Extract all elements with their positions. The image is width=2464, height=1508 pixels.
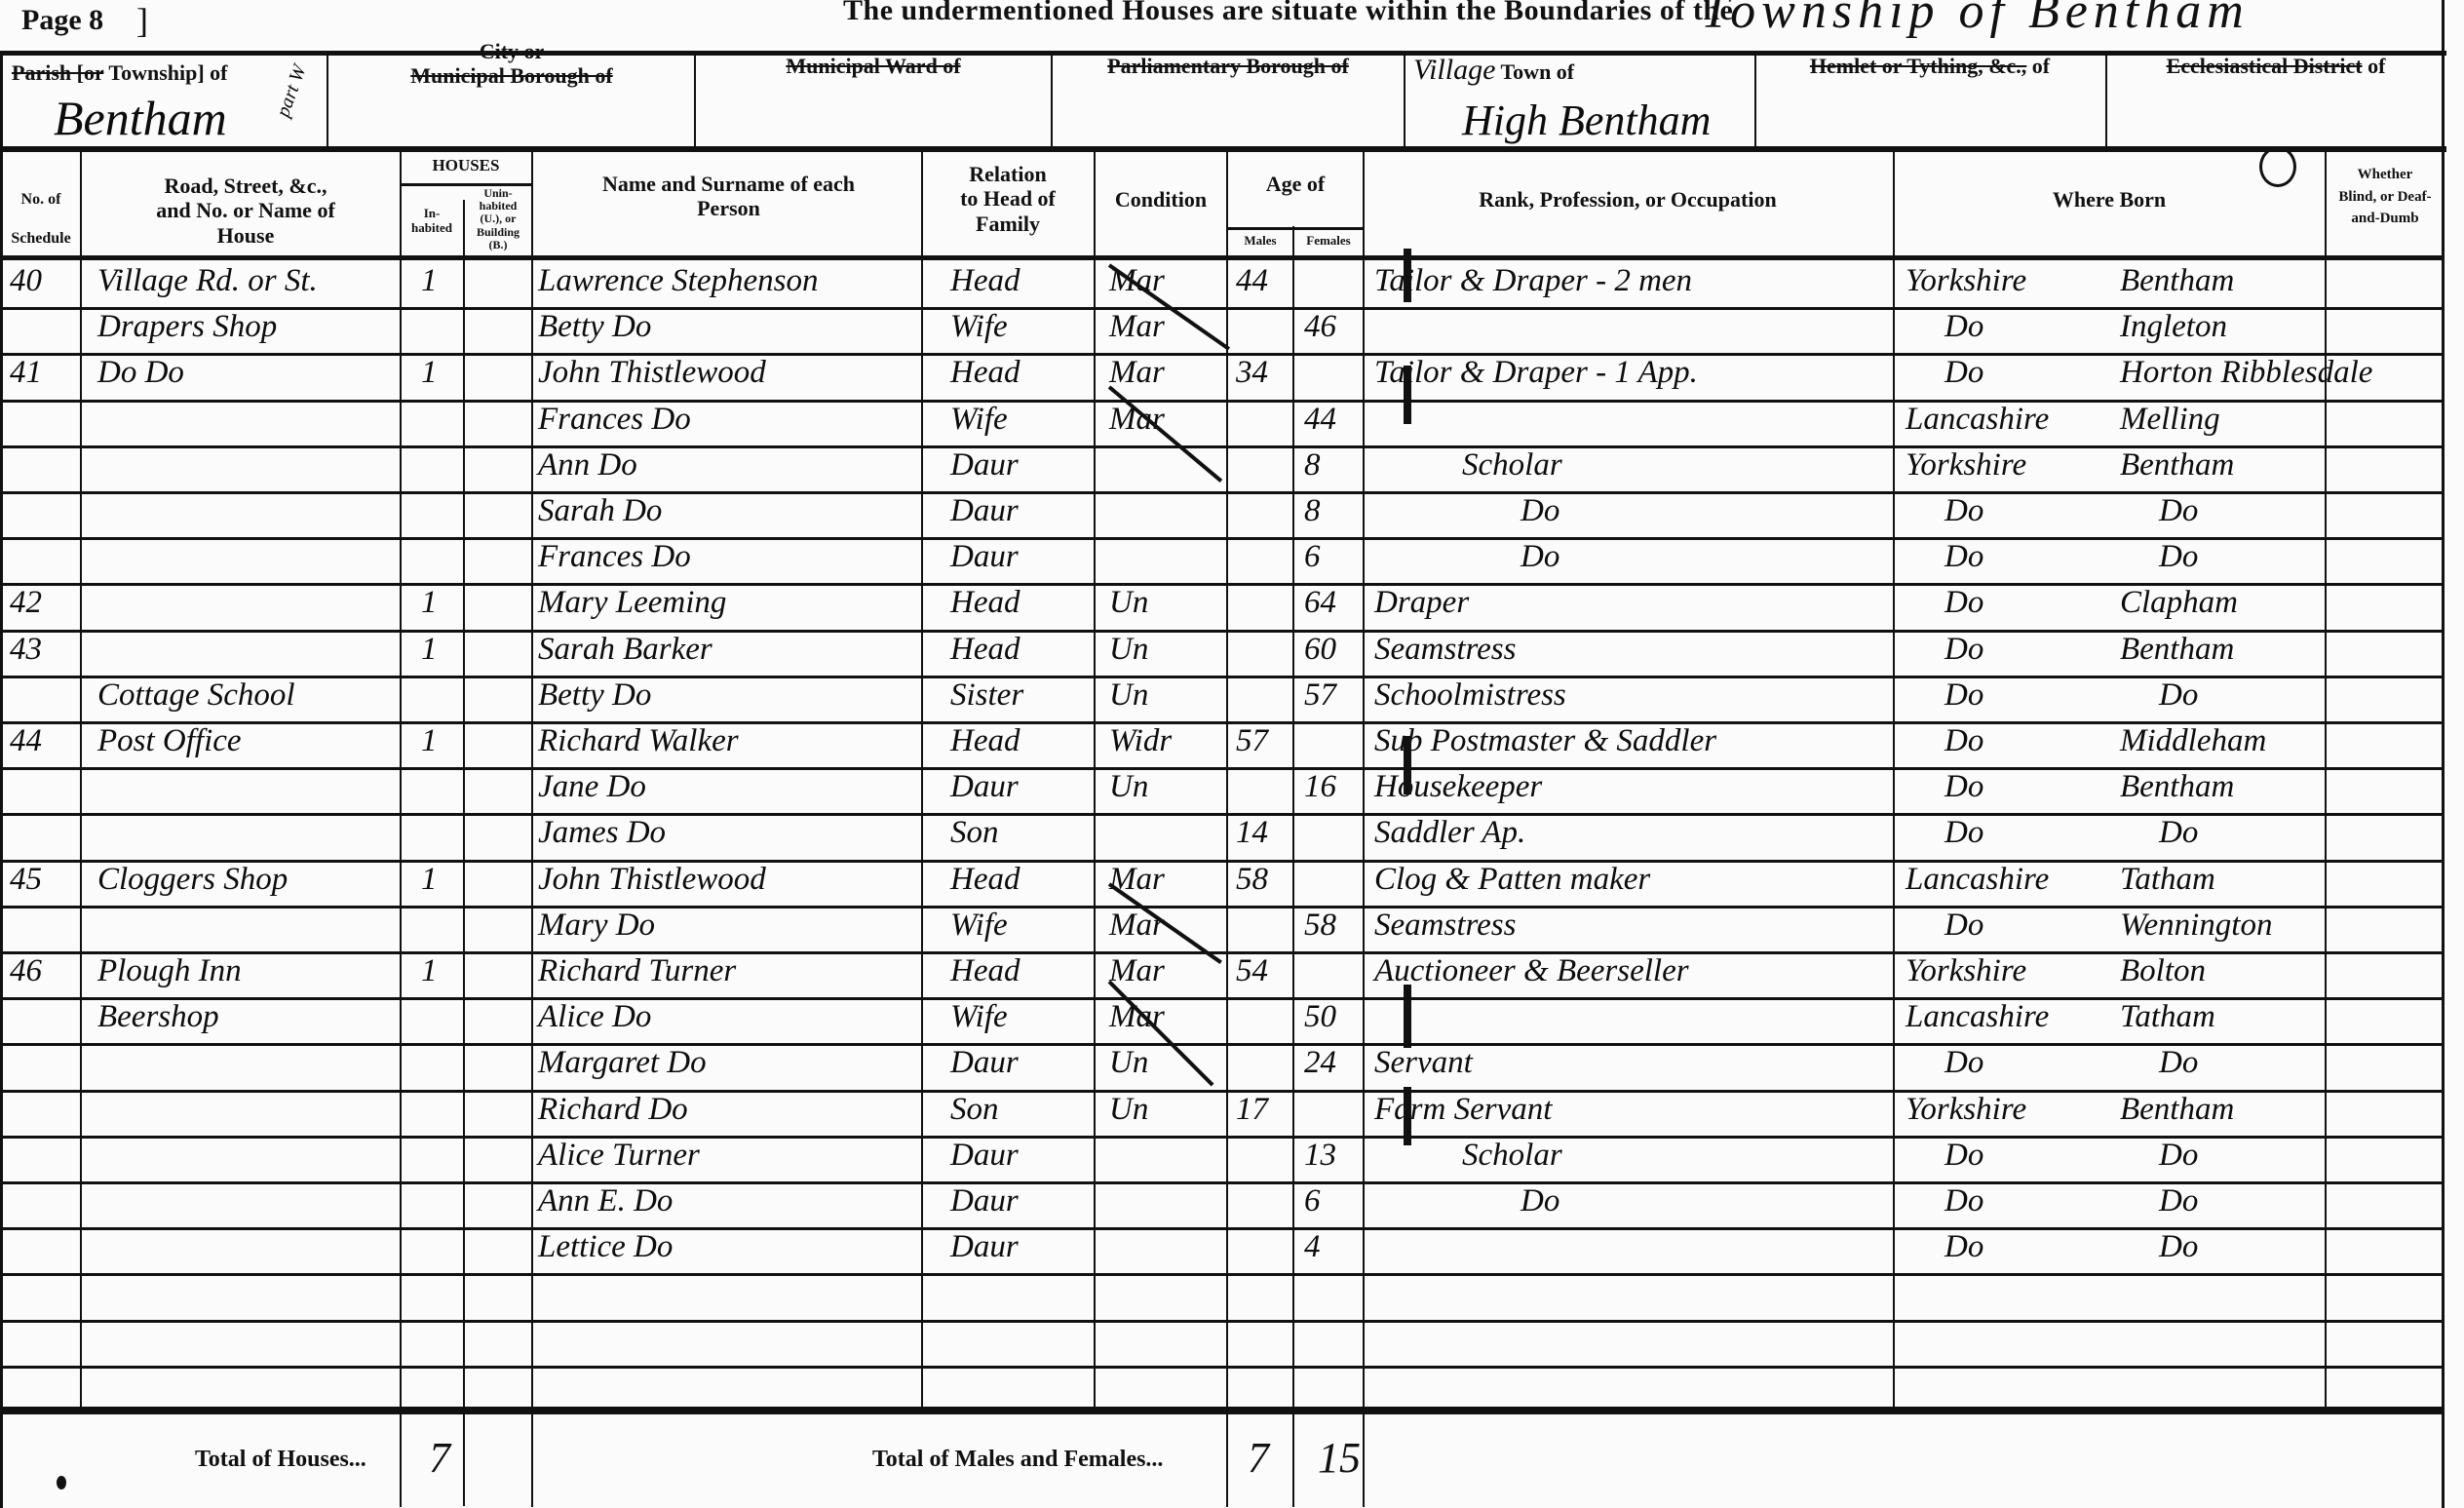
born-county-cell: Do xyxy=(1944,1138,1983,1174)
born-place-cell: Do xyxy=(2159,815,2198,851)
born-place-cell: Tatham xyxy=(2120,999,2215,1035)
schedule-cell: 41 xyxy=(10,355,42,391)
inhabited-cell: 1 xyxy=(421,632,438,668)
col-uninhabited: Unin-habited(U.), orBuilding(B.) xyxy=(465,187,531,251)
row-rule xyxy=(2,813,2442,816)
col-line xyxy=(1893,152,1895,1410)
row-rule xyxy=(2,583,2442,586)
divider xyxy=(1404,54,1405,151)
col-line xyxy=(463,200,465,1506)
occupation-cell: Schoolmistress xyxy=(1374,677,1566,714)
row-rule xyxy=(2,353,2442,356)
col-males: Males xyxy=(1228,234,1292,249)
margin-mark xyxy=(2259,146,2296,187)
divider xyxy=(327,54,328,151)
name-cell: Betty Do xyxy=(538,309,651,345)
condition-cell: Un xyxy=(1109,585,1148,621)
rule xyxy=(1226,227,1365,230)
males-age-cell: 34 xyxy=(1236,355,1268,391)
born-county-cell: Yorkshire xyxy=(1906,263,2026,299)
occupation-cell: Draper xyxy=(1374,585,1469,621)
tally-mark xyxy=(1404,985,1411,1048)
name-cell: Mary Leeming xyxy=(538,585,726,621)
born-place-cell: Bentham xyxy=(2120,1092,2234,1128)
road-cell: Drapers Shop xyxy=(97,309,277,345)
hamlet-label: Hemlet or Tything, &c., of xyxy=(1759,54,2100,78)
occupation-cell: Seamstress xyxy=(1374,632,1516,668)
col-age: Age of xyxy=(1228,172,1363,196)
road-cell: Cloggers Shop xyxy=(97,862,288,898)
row-rule xyxy=(2,860,2442,863)
inhabited-cell: 1 xyxy=(421,723,438,759)
divider xyxy=(694,54,696,151)
col-line xyxy=(921,152,923,1410)
road-cell: Post Office xyxy=(97,723,242,759)
township-handwritten: Township of Bentham xyxy=(1701,0,2250,40)
born-place-cell: Bolton xyxy=(2120,953,2206,989)
born-county-cell: Do xyxy=(1944,908,1983,944)
born-place-cell: Tatham xyxy=(2120,862,2215,898)
col-occupation: Rank, Profession, or Occupation xyxy=(1365,187,1891,212)
relation-cell: Son xyxy=(950,815,999,851)
relation-cell: Daur xyxy=(950,1138,1019,1174)
rule xyxy=(0,146,2446,152)
tally-mark xyxy=(1404,736,1411,794)
inhabited-cell: 1 xyxy=(421,862,438,898)
parish-value: Bentham xyxy=(54,90,227,146)
born-place-cell: Do xyxy=(2159,1229,2198,1265)
occupation-cell: Sub Postmaster & Saddler xyxy=(1374,723,1716,759)
born-place-cell: Do xyxy=(2159,493,2198,529)
relation-cell: Head xyxy=(950,862,1020,898)
row-rule xyxy=(2,537,2442,540)
row-rule xyxy=(2,676,2442,678)
total-males-value: 7 xyxy=(1248,1433,1269,1483)
relation-cell: Head xyxy=(950,585,1020,621)
parish-label: Parish [or Township] of xyxy=(12,60,324,85)
condition-cell: Mar xyxy=(1109,908,1165,944)
relation-cell: Head xyxy=(950,723,1020,759)
row-rule xyxy=(2,1043,2442,1046)
born-place-cell: Do xyxy=(2159,1045,2198,1081)
males-age-cell: 57 xyxy=(1236,723,1268,759)
total-houses-label: Total of Houses... xyxy=(195,1447,366,1473)
occupation-cell: Seamstress xyxy=(1374,908,1516,944)
born-place-cell: Clapham xyxy=(2120,585,2238,621)
road-cell: Plough Inn xyxy=(97,953,242,989)
occupation-cell: Scholar xyxy=(1462,447,1562,483)
divider xyxy=(2105,54,2107,151)
born-place-cell: Wennington xyxy=(2120,908,2272,944)
females-age-cell: 8 xyxy=(1304,493,1321,529)
occupation-cell: Auctioneer & Beerseller xyxy=(1374,953,1689,989)
town-label: Village Town of xyxy=(1413,54,1750,87)
born-county-cell: Do xyxy=(1944,632,1983,668)
males-age-cell: 54 xyxy=(1236,953,1268,989)
born-place-cell: Bentham xyxy=(2120,447,2234,483)
born-place-cell: Bentham xyxy=(2120,632,2234,668)
occupation-cell: Servant xyxy=(1374,1045,1473,1081)
col-blind: WhetherBlind, or Deaf-and-Dumb xyxy=(2328,164,2443,230)
occupation-cell: Clog & Patten maker xyxy=(1374,862,1650,898)
rule xyxy=(0,255,2442,260)
relation-cell: Daur xyxy=(950,539,1019,575)
occupation-cell: Housekeeper xyxy=(1374,769,1542,805)
col-line xyxy=(80,152,82,1410)
ward-label: Municipal Ward of xyxy=(698,54,1049,78)
inhabited-cell: 1 xyxy=(421,355,438,391)
census-page: Page 8 ] The undermentioned Houses are s… xyxy=(0,0,2464,1508)
name-cell: Richard Walker xyxy=(538,723,739,759)
name-cell: Lawrence Stephenson xyxy=(538,263,818,299)
page-bracket: ] xyxy=(136,0,148,41)
occupation-cell: Tailor & Draper - 1 App. xyxy=(1374,355,1698,391)
born-county-cell: Do xyxy=(1944,585,1983,621)
females-age-cell: 58 xyxy=(1304,908,1336,944)
relation-cell: Head xyxy=(950,953,1020,989)
name-cell: James Do xyxy=(538,815,666,851)
road-cell: Village Rd. or St. xyxy=(97,263,318,299)
ink-dot xyxy=(57,1476,66,1489)
total-houses-value: 7 xyxy=(429,1433,450,1483)
born-county-cell: Do xyxy=(1944,815,1983,851)
schedule-cell: 44 xyxy=(10,723,42,759)
page-number: Page 8 xyxy=(21,4,103,37)
name-cell: Betty Do xyxy=(538,677,651,714)
relation-cell: Daur xyxy=(950,769,1019,805)
name-cell: Ann Do xyxy=(538,447,637,483)
row-rule xyxy=(2,445,2442,448)
tally-mark xyxy=(1404,249,1411,302)
females-age-cell: 46 xyxy=(1304,309,1336,345)
condition-cell: Widr xyxy=(1109,723,1172,759)
inhabited-cell: 1 xyxy=(421,263,438,299)
relation-cell: Son xyxy=(950,1092,999,1128)
divider xyxy=(1051,54,1053,151)
born-county-cell: Do xyxy=(1944,723,1983,759)
row-rule xyxy=(2,1273,2442,1276)
row-rule xyxy=(2,1227,2442,1230)
born-county-cell: Do xyxy=(1944,769,1983,805)
schedule-cell: 40 xyxy=(10,263,42,299)
born-place-cell: Do xyxy=(2159,539,2198,575)
relation-cell: Daur xyxy=(950,1183,1019,1219)
row-rule xyxy=(2,1181,2442,1184)
condition-cell: Un xyxy=(1109,769,1148,805)
city-label: City or Municipal Borough of xyxy=(331,39,692,89)
born-place-cell: Do xyxy=(2159,677,2198,714)
condition-cell: Mar xyxy=(1109,309,1165,345)
born-place-cell: Bentham xyxy=(2120,769,2234,805)
road-cell: Do Do xyxy=(97,355,184,391)
condition-cell: Mar xyxy=(1109,953,1165,989)
row-rule xyxy=(2,630,2442,633)
row-rule xyxy=(2,767,2442,770)
rule xyxy=(0,1407,2442,1412)
road-cell: Beershop xyxy=(97,999,219,1035)
name-cell: Ann E. Do xyxy=(538,1183,673,1219)
col-line xyxy=(1094,152,1096,1410)
relation-cell: Sister xyxy=(950,677,1023,714)
born-county-cell: Yorkshire xyxy=(1906,447,2026,483)
tally-mark xyxy=(1404,1087,1411,1145)
row-rule xyxy=(2,906,2442,909)
males-age-cell: 14 xyxy=(1236,815,1268,851)
females-age-cell: 13 xyxy=(1304,1138,1336,1174)
name-cell: Mary Do xyxy=(538,908,655,944)
row-rule xyxy=(2,307,2442,310)
born-place-cell: Do xyxy=(2159,1138,2198,1174)
born-county-cell: Lancashire xyxy=(1906,402,2049,438)
rule xyxy=(400,183,533,186)
col-line xyxy=(2325,152,2327,1410)
ecclesiastical-label: Ecclesiastical District of xyxy=(2110,54,2442,78)
born-county-cell: Lancashire xyxy=(1906,862,2049,898)
relation-cell: Wife xyxy=(950,402,1008,438)
females-age-cell: 16 xyxy=(1304,769,1336,805)
occupation-cell: Farm Servant xyxy=(1374,1092,1552,1128)
col-line xyxy=(1292,226,1294,1507)
name-cell: Sarah Barker xyxy=(538,632,712,668)
born-county-cell: Yorkshire xyxy=(1906,953,2026,989)
born-county-cell: Do xyxy=(1944,539,1983,575)
relation-cell: Daur xyxy=(950,1045,1019,1081)
females-age-cell: 50 xyxy=(1304,999,1336,1035)
females-age-cell: 57 xyxy=(1304,677,1336,714)
born-county-cell: Do xyxy=(1944,1229,1983,1265)
name-cell: Alice Do xyxy=(538,999,651,1035)
relation-cell: Daur xyxy=(950,1229,1019,1265)
born-county-cell: Yorkshire xyxy=(1906,1092,2026,1128)
name-cell: Richard Turner xyxy=(538,953,736,989)
condition-cell: Un xyxy=(1109,1092,1148,1128)
schedule-cell: 46 xyxy=(10,953,42,989)
occupation-cell: Tailor & Draper - 2 men xyxy=(1374,263,1692,299)
row-rule xyxy=(2,721,2442,724)
col-name: Name and Surname of eachPerson xyxy=(536,172,921,221)
born-county-cell: Do xyxy=(1944,1045,1983,1081)
females-age-cell: 24 xyxy=(1304,1045,1336,1081)
schedule-cell: 43 xyxy=(10,632,42,668)
relation-cell: Wife xyxy=(950,908,1008,944)
name-cell: Frances Do xyxy=(538,539,691,575)
born-place-cell: Horton Ribblesdale xyxy=(2120,355,2372,391)
occupation-cell: Do xyxy=(1521,1183,1559,1219)
name-cell: Sarah Do xyxy=(538,493,662,529)
relation-cell: Head xyxy=(950,355,1020,391)
boundaries-banner: The undermentioned Houses are situate wi… xyxy=(843,0,1733,27)
females-age-cell: 8 xyxy=(1304,447,1321,483)
col-born: Where Born xyxy=(1895,187,2324,212)
name-cell: Richard Do xyxy=(538,1092,688,1128)
col-relation: Relationto Head ofFamily xyxy=(924,162,1092,236)
row-rule xyxy=(2,1366,2442,1369)
relation-cell: Daur xyxy=(950,447,1019,483)
row-rule xyxy=(2,491,2442,494)
occupation-cell: Do xyxy=(1521,539,1559,575)
occupation-cell: Scholar xyxy=(1462,1138,1562,1174)
born-place-cell: Ingleton xyxy=(2120,309,2227,345)
schedule-cell: 45 xyxy=(10,862,42,898)
name-cell: Lettice Do xyxy=(538,1229,673,1265)
males-age-cell: 58 xyxy=(1236,862,1268,898)
col-schedule: No. ofSchedule xyxy=(2,191,80,249)
females-age-cell: 6 xyxy=(1304,1183,1321,1219)
condition-cell: Mar xyxy=(1109,355,1165,391)
born-place-cell: Bentham xyxy=(2120,263,2234,299)
born-county-cell: Do xyxy=(1944,1183,1983,1219)
born-county-cell: Do xyxy=(1944,677,1983,714)
col-road: Road, Street, &c.,and No. or Name ofHous… xyxy=(90,174,402,248)
col-inhabited: In-habited xyxy=(402,207,462,236)
relation-cell: Wife xyxy=(950,999,1008,1035)
name-cell: John Thistlewood xyxy=(538,862,766,898)
row-rule xyxy=(2,951,2442,954)
row-rule xyxy=(2,1136,2442,1139)
relation-cell: Daur xyxy=(950,493,1019,529)
inhabited-cell: 1 xyxy=(421,585,438,621)
row-rule xyxy=(2,400,2442,403)
col-females: Females xyxy=(1294,234,1363,249)
occupation-cell: Do xyxy=(1521,493,1559,529)
relation-cell: Head xyxy=(950,263,1020,299)
born-place-cell: Do xyxy=(2159,1183,2198,1219)
relation-cell: Wife xyxy=(950,309,1008,345)
row-rule xyxy=(2,1090,2442,1093)
occupation-cell: Saddler Ap. xyxy=(1374,815,1525,851)
males-age-cell: 17 xyxy=(1236,1092,1268,1128)
row-rule xyxy=(2,997,2442,1000)
page-edge xyxy=(0,54,3,1508)
name-cell: Alice Turner xyxy=(538,1138,700,1174)
females-age-cell: 6 xyxy=(1304,539,1321,575)
condition-cell: Un xyxy=(1109,677,1148,714)
males-age-cell: 44 xyxy=(1236,263,1268,299)
inhabited-cell: 1 xyxy=(421,953,438,989)
born-county-cell: Do xyxy=(1944,355,1983,391)
females-age-cell: 44 xyxy=(1304,402,1336,438)
total-females-value: 15 xyxy=(1318,1433,1361,1483)
road-cell: Cottage School xyxy=(97,677,295,714)
name-cell: Jane Do xyxy=(538,769,646,805)
born-county-cell: Do xyxy=(1944,309,1983,345)
born-county-cell: Lancashire xyxy=(1906,999,2049,1035)
row-rule xyxy=(2,1320,2442,1323)
town-value: High Bentham xyxy=(1462,96,1711,145)
born-county-cell: Do xyxy=(1944,493,1983,529)
tally-mark xyxy=(1404,366,1411,424)
relation-cell: Head xyxy=(950,632,1020,668)
parliamentary-label: Parliamentary Borough of xyxy=(1055,54,1402,78)
col-condition: Condition xyxy=(1096,187,1226,212)
condition-cell: Un xyxy=(1109,1045,1148,1081)
name-cell: John Thistlewood xyxy=(538,355,766,391)
divider xyxy=(1754,54,1756,151)
born-place-cell: Melling xyxy=(2120,402,2220,438)
name-cell: Frances Do xyxy=(538,402,691,438)
born-place-cell: Middleham xyxy=(2120,723,2266,759)
col-houses: HOUSES xyxy=(402,156,530,175)
females-age-cell: 60 xyxy=(1304,632,1336,668)
females-age-cell: 4 xyxy=(1304,1229,1321,1265)
condition-cell: Un xyxy=(1109,632,1148,668)
total-persons-label: Total of Males and Females... xyxy=(872,1447,1163,1473)
schedule-cell: 42 xyxy=(10,585,42,621)
name-cell: Margaret Do xyxy=(538,1045,707,1081)
females-age-cell: 64 xyxy=(1304,585,1336,621)
